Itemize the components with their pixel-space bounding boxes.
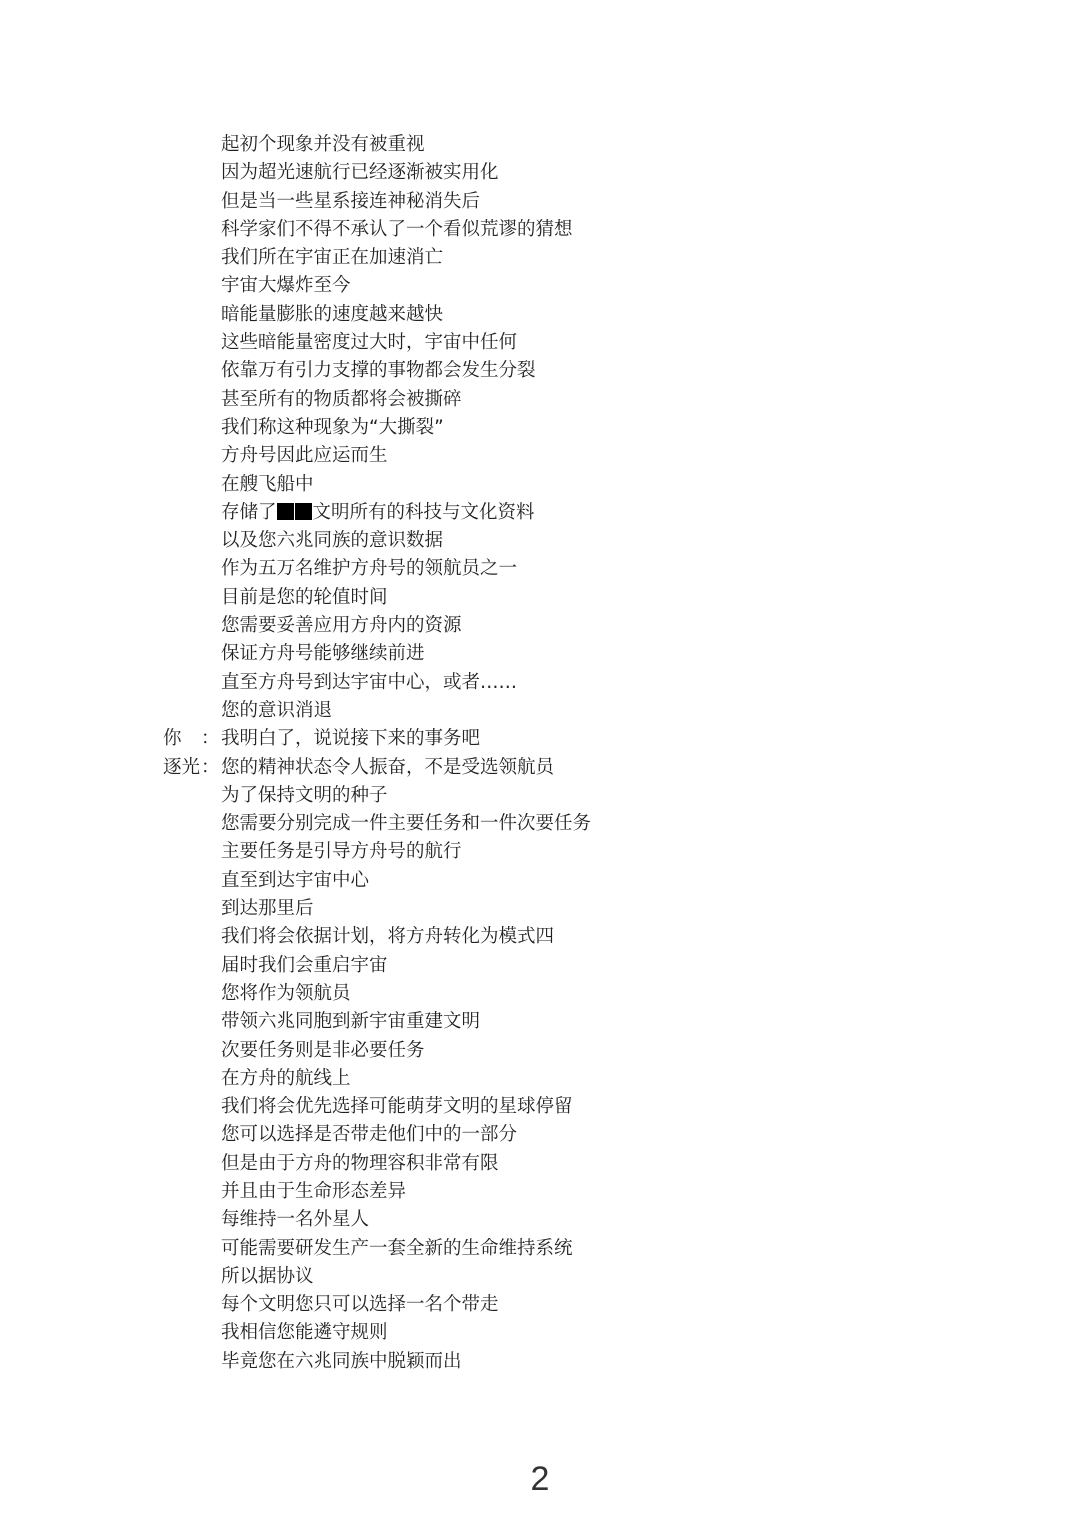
text-line: 我们称这种现象为“大撕裂” (0, 414, 1080, 442)
line-text: 我们将会优先选择可能萌芽文明的星球停留 (221, 1093, 573, 1121)
line-text: 目前是您的轮值时间 (221, 584, 388, 612)
line-text: 直至到达宇宙中心 (221, 867, 369, 895)
text-line: 在方舟的航线上 (0, 1065, 1080, 1093)
text-line: 宇宙大爆炸至今 (0, 272, 1080, 300)
dialogue-line: 你： 我明白了，说说接下来的事务吧 (0, 725, 1080, 753)
text-line: 并且由于生命形态差异 (0, 1178, 1080, 1206)
text-line: 毕竟您在六兆同族中脱颖而出 (0, 1348, 1080, 1376)
line-text: 每个文明您只可以选择一名个带走 (221, 1291, 499, 1319)
line-text-after-redaction: 文明所有的科技与文化资料 (313, 502, 535, 523)
script-text-body: 起初个现象并没有被重视 因为超光速航行已经逐渐被实用化 但是当一些星系接连神秘消… (0, 131, 1080, 1376)
text-line: 您可以选择是否带走他们中的一部分 (0, 1121, 1080, 1149)
text-line: 您的意识消退 (0, 697, 1080, 725)
text-line: 您需要分别完成一件主要任务和一件次要任务 (0, 810, 1080, 838)
line-text: 直至方舟号到达宇宙中心，或者…… (221, 669, 517, 697)
line-text: 每维持一名外星人 (221, 1206, 369, 1234)
text-line: 主要任务是引导方舟号的航行 (0, 838, 1080, 866)
dialogue-line: 逐光： 您的精神状态令人振奋，不是受选领航员 (0, 754, 1080, 782)
document-page: 起初个现象并没有被重视 因为超光速航行已经逐渐被实用化 但是当一些星系接连神秘消… (0, 0, 1080, 1527)
line-text: 科学家们不得不承认了一个看似荒谬的猜想 (221, 216, 573, 244)
text-line: 但是当一些星系接连神秘消失后 (0, 188, 1080, 216)
line-text: 我相信您能遴守规则 (221, 1319, 388, 1347)
line-text: 甚至所有的物质都将会被撕碎 (221, 386, 462, 414)
text-line: 到达那里后 (0, 895, 1080, 923)
line-text: 因为超光速航行已经逐渐被实用化 (221, 159, 499, 187)
line-text: 您可以选择是否带走他们中的一部分 (221, 1121, 517, 1149)
line-text: 以及您六兆同族的意识数据 (221, 527, 443, 555)
text-line: 我相信您能遴守规则 (0, 1319, 1080, 1347)
speaker-colon: ： (201, 754, 220, 782)
line-text: 并且由于生命形态差异 (221, 1178, 406, 1206)
speaker-name: 逐光 (163, 754, 200, 782)
text-line: 带领六兆同胞到新宇宙重建文明 (0, 1008, 1080, 1036)
line-text: 所以据协议 (221, 1263, 314, 1291)
redacted-block (295, 503, 312, 520)
text-line: 为了保持文明的种子 (0, 782, 1080, 810)
text-line: 直至到达宇宙中心 (0, 867, 1080, 895)
line-text: 依靠万有引力支撑的事物都会发生分裂 (221, 357, 536, 385)
redacted-block (277, 503, 294, 520)
text-line: 直至方舟号到达宇宙中心，或者…… (0, 669, 1080, 697)
line-text: 我们称这种现象为“大撕裂” (221, 414, 444, 442)
text-line: 所以据协议 (0, 1263, 1080, 1291)
line-text: 届时我们会重启宇宙 (221, 952, 388, 980)
text-line: 这些暗能量密度过大时，宇宙中任何 (0, 329, 1080, 357)
line-text: 我们将会依据计划，将方舟转化为模式四 (221, 923, 554, 951)
line-text: 您的意识消退 (221, 697, 332, 725)
line-text: 起初个现象并没有被重视 (221, 131, 425, 159)
line-text: 这些暗能量密度过大时，宇宙中任何 (221, 329, 517, 357)
text-line: 我们将会优先选择可能萌芽文明的星球停留 (0, 1093, 1080, 1121)
text-line: 届时我们会重启宇宙 (0, 952, 1080, 980)
text-line: 次要任务则是非必要任务 (0, 1037, 1080, 1065)
text-line: 每维持一名外星人 (0, 1206, 1080, 1234)
line-text: 宇宙大爆炸至今 (221, 272, 351, 300)
line-text: 我明白了，说说接下来的事务吧 (221, 725, 480, 753)
text-line: 方舟号因此应运而生 (0, 442, 1080, 470)
speaker-name: 你 (163, 725, 182, 753)
text-line: 甚至所有的物质都将会被撕碎 (0, 386, 1080, 414)
speaker-colon: ： (201, 725, 220, 753)
line-text: 您需要分别完成一件主要任务和一件次要任务 (221, 810, 591, 838)
text-line: 以及您六兆同族的意识数据 (0, 527, 1080, 555)
line-text: 毕竟您在六兆同族中脱颖而出 (221, 1348, 462, 1376)
line-text: 为了保持文明的种子 (221, 782, 388, 810)
line-text: 方舟号因此应运而生 (221, 442, 388, 470)
line-text: 但是当一些星系接连神秘消失后 (221, 188, 480, 216)
line-text: 带领六兆同胞到新宇宙重建文明 (221, 1008, 480, 1036)
line-text: 存储了文明所有的科技与文化资料 (221, 499, 535, 527)
text-line: 因为超光速航行已经逐渐被实用化 (0, 159, 1080, 187)
text-line: 依靠万有引力支撑的事物都会发生分裂 (0, 357, 1080, 385)
line-text: 次要任务则是非必要任务 (221, 1037, 425, 1065)
text-line: 科学家们不得不承认了一个看似荒谬的猜想 (0, 216, 1080, 244)
line-text-before-redaction: 存储了 (221, 502, 277, 523)
text-line: 目前是您的轮值时间 (0, 584, 1080, 612)
text-line: 可能需要研发生产一套全新的生命维持系统 (0, 1235, 1080, 1263)
text-line: 起初个现象并没有被重视 (0, 131, 1080, 159)
text-line: 暗能量膨胀的速度越来越快 (0, 301, 1080, 329)
line-text: 主要任务是引导方舟号的航行 (221, 838, 462, 866)
line-text: 可能需要研发生产一套全新的生命维持系统 (221, 1235, 573, 1263)
line-text: 您将作为领航员 (221, 980, 351, 1008)
line-text: 您需要妥善应用方舟内的资源 (221, 612, 462, 640)
text-line: 保证方舟号能够继续前进 (0, 640, 1080, 668)
text-line: 但是由于方舟的物理容积非常有限 (0, 1150, 1080, 1178)
text-line: 您需要妥善应用方舟内的资源 (0, 612, 1080, 640)
text-line: 每个文明您只可以选择一名个带走 (0, 1291, 1080, 1319)
line-text: 您的精神状态令人振奋，不是受选领航员 (221, 754, 554, 782)
line-text: 但是由于方舟的物理容积非常有限 (221, 1150, 499, 1178)
page-number: 2 (0, 1460, 1080, 1499)
text-line: 在艘飞船中 (0, 471, 1080, 499)
line-text: 在艘飞船中 (221, 471, 314, 499)
text-line: 存储了文明所有的科技与文化资料 (0, 499, 1080, 527)
line-text: 暗能量膨胀的速度越来越快 (221, 301, 443, 329)
line-text: 保证方舟号能够继续前进 (221, 640, 425, 668)
line-text: 在方舟的航线上 (221, 1065, 351, 1093)
line-text: 我们所在宇宙正在加速消亡 (221, 244, 443, 272)
line-text: 到达那里后 (221, 895, 314, 923)
text-line: 我们将会依据计划，将方舟转化为模式四 (0, 923, 1080, 951)
text-line: 您将作为领航员 (0, 980, 1080, 1008)
line-text: 作为五万名维护方舟号的领航员之一 (221, 555, 517, 583)
text-line: 我们所在宇宙正在加速消亡 (0, 244, 1080, 272)
text-line: 作为五万名维护方舟号的领航员之一 (0, 555, 1080, 583)
